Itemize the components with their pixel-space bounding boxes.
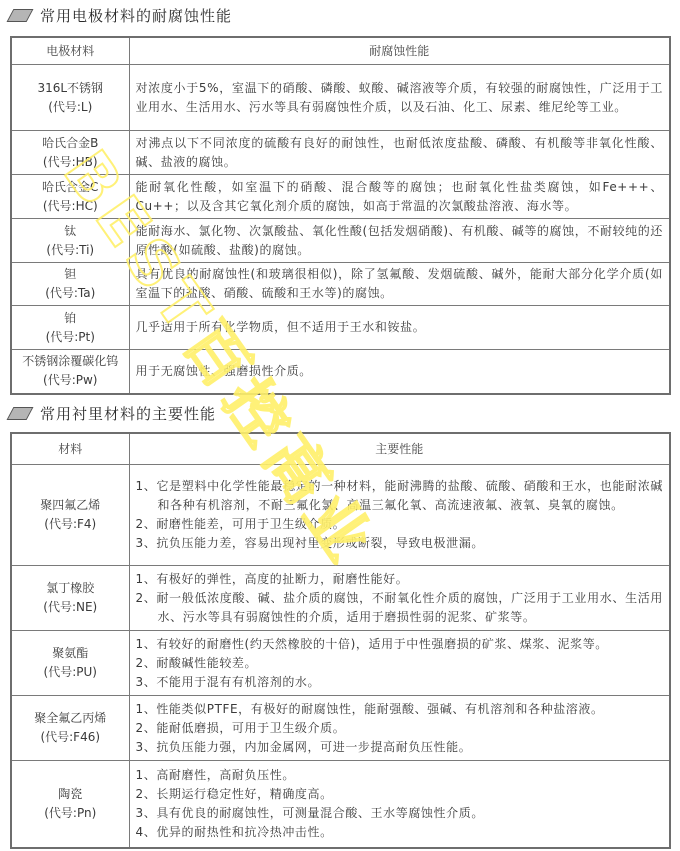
table-row: 316L不锈钢(代号:L) 对浓度小于5%，室温下的硝酸、磷酸、蚁酸、碱溶液等介… — [11, 65, 670, 131]
table-row: 聚氨酯(代号:PU) 1、有较好的耐磨性(约天然橡胶的十倍)，适用于中性强磨损的… — [11, 631, 670, 696]
table-row: 不锈钢涂覆碳化钨(代号:Pw) 用于无腐蚀性、强磨损性介质。 — [11, 350, 670, 394]
material-cell: 316L不锈钢(代号:L) — [11, 65, 129, 131]
description-cell: 1、性能类似PTFE，有极好的耐腐蚀性，能耐强酸、强碱、有机溶剂和各种盐溶液。 … — [129, 696, 670, 761]
material-cell: 聚氨酯(代号:PU) — [11, 631, 129, 696]
material-cell: 钛(代号:Ti) — [11, 219, 129, 263]
material-cell: 钽(代号:Ta) — [11, 263, 129, 306]
description-cell: 用于无腐蚀性、强磨损性介质。 — [129, 350, 670, 394]
description-cell: 能耐海水、氯化物、次氯酸盐、氧化性酸(包括发烟硝酸)、有机酸、碱等的腐蚀，不耐较… — [129, 219, 670, 263]
material-cell: 聚四氟乙烯(代号:F4) — [11, 465, 129, 566]
material-cell: 氯丁橡胶(代号:NE) — [11, 566, 129, 631]
electrode-corrosion-table: 电极材料 耐腐蚀性能 316L不锈钢(代号:L) 对浓度小于5%，室温下的硝酸、… — [10, 36, 671, 395]
section-marker-icon — [7, 407, 34, 420]
description-cell: 对沸点以下不同浓度的硫酸有良好的耐蚀性，也耐低浓度盐酸、磷酸、有机酸等非氧化性酸… — [129, 131, 670, 175]
description-cell: 对浓度小于5%，室温下的硝酸、磷酸、蚁酸、碱溶液等介质，有较强的耐腐蚀性，广泛用… — [129, 65, 670, 131]
material-cell: 铂(代号:Pt) — [11, 306, 129, 350]
column-header-material: 材料 — [11, 433, 129, 465]
material-cell: 哈氏合金B(代号:HB) — [11, 131, 129, 175]
table-row: 聚四氟乙烯(代号:F4) 1、它是塑料中化学性能最稳定的一种材料，能耐沸腾的盐酸… — [11, 465, 670, 566]
table-row: 哈氏合金C(代号:HC) 能耐氧化性酸，如室温下的硝酸、混合酸等的腐蚀；也耐氧化… — [11, 175, 670, 219]
section-marker-icon — [7, 9, 34, 22]
section-title-text: 常用衬里材料的主要性能 — [40, 403, 216, 424]
material-cell: 不锈钢涂覆碳化钨(代号:Pw) — [11, 350, 129, 394]
column-header-performance: 主要性能 — [129, 433, 670, 465]
material-cell: 哈氏合金C(代号:HC) — [11, 175, 129, 219]
table-row: 陶瓷(代号:Pn) 1、高耐磨性，高耐负压性。 2、长期运行稳定性好，精确度高。… — [11, 761, 670, 848]
table-row: 哈氏合金B(代号:HB) 对沸点以下不同浓度的硫酸有良好的耐蚀性，也耐低浓度盐酸… — [11, 131, 670, 175]
description-cell: 具有优良的耐腐蚀性(和玻璃很相似)，除了氢氟酸、发烟硫酸、碱外，能耐大部分化学介… — [129, 263, 670, 306]
description-cell: 1、高耐磨性，高耐负压性。 2、长期运行稳定性好，精确度高。 3、具有优良的耐腐… — [129, 761, 670, 848]
description-cell: 1、有极好的弹性，高度的扯断力，耐磨性能好。 2、耐一般低浓度酸、碱、盐介质的腐… — [129, 566, 670, 631]
section-title-text: 常用电极材料的耐腐蚀性能 — [40, 5, 232, 26]
table-row: 氯丁橡胶(代号:NE) 1、有极好的弹性，高度的扯断力，耐磨性能好。 2、耐一般… — [11, 566, 670, 631]
column-header-performance: 耐腐蚀性能 — [129, 37, 670, 65]
section-title-lining: 常用衬里材料的主要性能 — [10, 402, 216, 424]
table-header-row: 电极材料 耐腐蚀性能 — [11, 37, 670, 65]
table-row: 聚全氟乙丙烯(代号:F46) 1、性能类似PTFE，有极好的耐腐蚀性，能耐强酸、… — [11, 696, 670, 761]
column-header-material: 电极材料 — [11, 37, 129, 65]
material-cell: 聚全氟乙丙烯(代号:F46) — [11, 696, 129, 761]
material-cell: 陶瓷(代号:Pn) — [11, 761, 129, 848]
table-row: 钽(代号:Ta) 具有优良的耐腐蚀性(和玻璃很相似)，除了氢氟酸、发烟硫酸、碱外… — [11, 263, 670, 306]
description-cell: 能耐氧化性酸，如室温下的硝酸、混合酸等的腐蚀；也耐氧化性盐类腐蚀，如Fe+++、… — [129, 175, 670, 219]
table-row: 钛(代号:Ti) 能耐海水、氯化物、次氯酸盐、氧化性酸(包括发烟硝酸)、有机酸、… — [11, 219, 670, 263]
section-title-electrode: 常用电极材料的耐腐蚀性能 — [10, 4, 232, 26]
lining-performance-table: 材料 主要性能 聚四氟乙烯(代号:F4) 1、它是塑料中化学性能最稳定的一种材料… — [10, 432, 671, 849]
table-row: 铂(代号:Pt) 几乎适用于所有化学物质，但不适用于王水和铵盐。 — [11, 306, 670, 350]
description-cell: 几乎适用于所有化学物质，但不适用于王水和铵盐。 — [129, 306, 670, 350]
description-cell: 1、它是塑料中化学性能最稳定的一种材料，能耐沸腾的盐酸、硫酸、硝酸和王水，也能耐… — [129, 465, 670, 566]
description-cell: 1、有较好的耐磨性(约天然橡胶的十倍)，适用于中性强磨损的矿浆、煤浆、泥浆等。 … — [129, 631, 670, 696]
table-header-row: 材料 主要性能 — [11, 433, 670, 465]
